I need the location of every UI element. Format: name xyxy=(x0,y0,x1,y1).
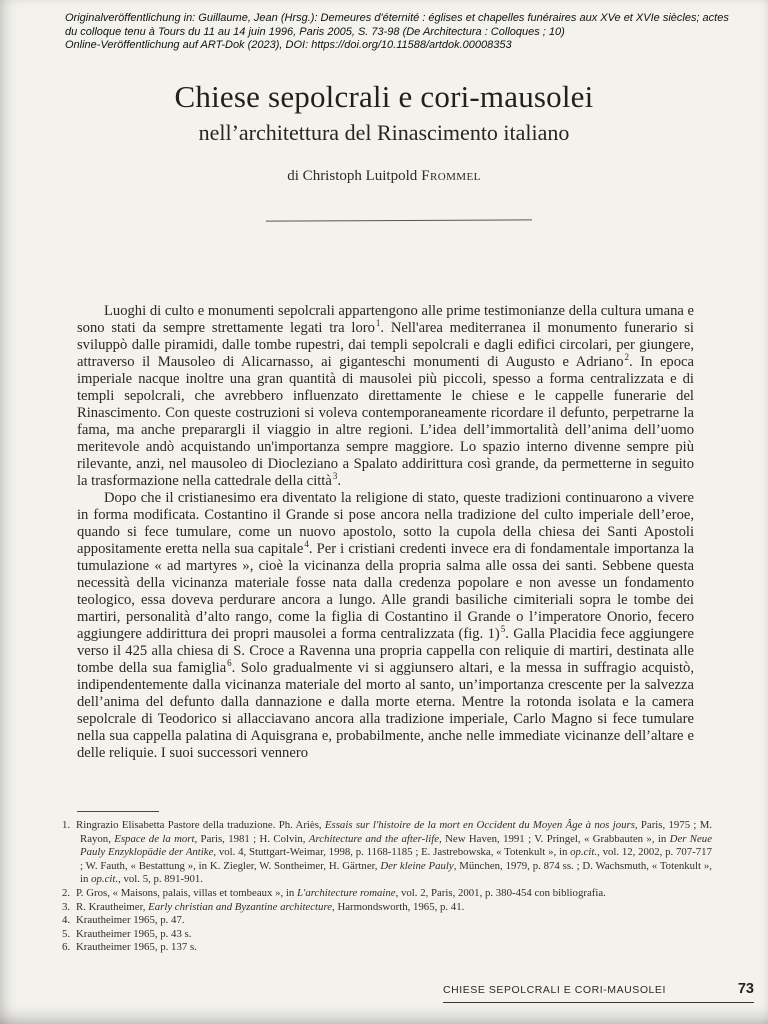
footnote-item: 2.P. Gros, « Maisons, palais, villas et … xyxy=(62,887,712,901)
footnote-number: 2. xyxy=(62,887,76,901)
footnote-text: Krautheimer 1965, p. 137 s. xyxy=(76,941,197,953)
footnote-item: 4.Krautheimer 1965, p. 47. xyxy=(62,914,712,928)
footnote-item: 1.Ringrazio Elisabetta Pastore della tra… xyxy=(62,819,712,887)
scanned-page: Originalveröffentlichung in: Guillaume, … xyxy=(0,0,768,1024)
footnote-number: 4. xyxy=(62,914,76,928)
page-number: 73 xyxy=(738,981,754,997)
footnote-number: 3. xyxy=(62,901,76,915)
author-name: Frommel xyxy=(421,168,480,184)
footnote-number: 5. xyxy=(62,928,76,942)
running-title: CHIESE SEPOLCRALI E CORI-MAUSOLEI xyxy=(443,984,666,996)
provenance-line-3: Online-Veröffentlichung auf ART-Dok (202… xyxy=(65,39,765,53)
article-body: Luoghi di culto e monumenti sepolcrali a… xyxy=(77,303,694,762)
footnotes: 1.Ringrazio Elisabetta Pastore della tra… xyxy=(62,819,712,955)
page-footer: CHIESE SEPOLCRALI E CORI-MAUSOLEI 73 xyxy=(443,981,754,1003)
footnote-text: Krautheimer 1965, p. 47. xyxy=(76,914,185,926)
article-title: Chiese sepolcrali e cori-mausolei xyxy=(0,80,768,114)
provenance-line-2: du colloque tenu à Tours du 11 au 14 jui… xyxy=(65,26,765,40)
footnote-number: 6. xyxy=(62,941,76,955)
footnote-text: Krautheimer 1965, p. 43 s. xyxy=(76,928,191,940)
byline: di Christoph LuitpoldFrommel xyxy=(0,168,768,185)
body-paragraph-2: Dopo che il cristianesimo era diventato … xyxy=(77,490,694,762)
article-subtitle: nell’architettura del Rinascimento itali… xyxy=(0,120,768,146)
provenance-line-1: Originalveröffentlichung in: Guillaume, … xyxy=(65,12,765,26)
footnote-text: R. Krautheimer, Early christian and Byza… xyxy=(76,901,464,913)
title-divider xyxy=(266,219,532,221)
footnote-number: 1. xyxy=(62,819,76,833)
footnote-text: P. Gros, « Maisons, palais, villas et to… xyxy=(76,887,606,899)
footnote-item: 5.Krautheimer 1965, p. 43 s. xyxy=(62,928,712,942)
footnote-divider xyxy=(77,811,159,812)
byline-prefix: di Christoph Luitpold xyxy=(287,168,417,184)
body-paragraph-1: Luoghi di culto e monumenti sepolcrali a… xyxy=(77,303,694,490)
footnote-item: 3.R. Krautheimer, Early christian and By… xyxy=(62,901,712,915)
provenance-note: Originalveröffentlichung in: Guillaume, … xyxy=(65,12,765,53)
footnote-text: Ringrazio Elisabetta Pastore della tradu… xyxy=(76,819,712,885)
footnote-item: 6.Krautheimer 1965, p. 137 s. xyxy=(62,941,712,955)
